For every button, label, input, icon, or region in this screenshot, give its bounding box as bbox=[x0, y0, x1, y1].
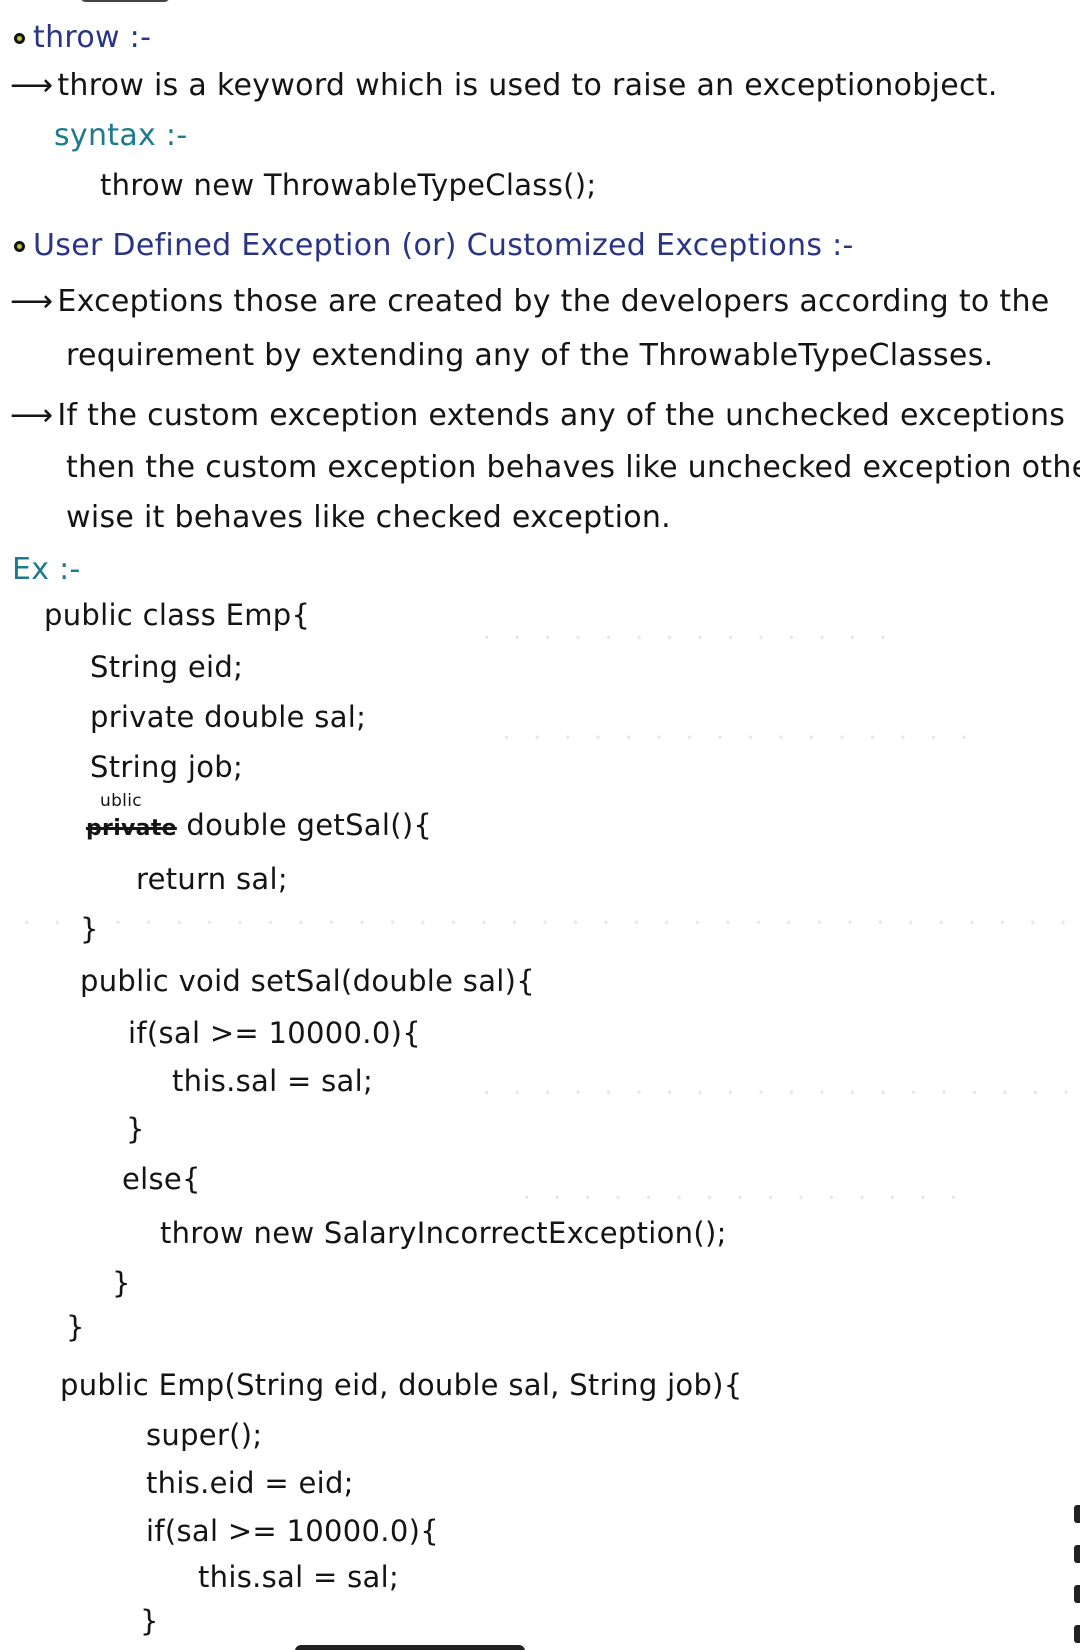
point1-line1: ⟶Exceptions those are created by the dev… bbox=[10, 284, 1050, 319]
binding-ring-mark bbox=[1074, 1625, 1080, 1643]
code-line-getsal: ublic private double getSal(){ bbox=[86, 808, 432, 842]
code-line: this.eid = eid; bbox=[146, 1466, 354, 1500]
point1-line2: requirement by extending any of the Thro… bbox=[66, 338, 993, 373]
code-line: } bbox=[80, 912, 99, 946]
code-line: } bbox=[66, 1310, 85, 1344]
arrow-icon: ⟶ bbox=[10, 68, 53, 103]
bullet-dot-icon bbox=[14, 33, 25, 44]
bleed-through-text: . . . . . . . . . . . . . . . bbox=[520, 1180, 962, 1205]
syntax-label: syntax :- bbox=[54, 118, 187, 153]
code-line: } bbox=[140, 1604, 159, 1638]
code-line: } bbox=[126, 1112, 145, 1146]
point2-line3: wise it behaves like checked exception. bbox=[66, 500, 671, 535]
code-line: String eid; bbox=[90, 650, 243, 684]
bleed-through-text: . . . . . . . . . . . . . . . . . . . . … bbox=[480, 1075, 1080, 1100]
code-line: public class Emp{ bbox=[44, 598, 310, 632]
bleed-through-text: . . . . . . . . . . . . . . bbox=[480, 620, 892, 645]
arrow-icon: ⟶ bbox=[10, 284, 53, 319]
throw-definition: ⟶throw is a keyword which is used to rai… bbox=[10, 68, 998, 103]
code-line: this.sal = sal; bbox=[198, 1560, 399, 1594]
code-line: public Emp(String eid, double sal, Strin… bbox=[60, 1368, 743, 1402]
bullet-dot-icon bbox=[14, 241, 25, 252]
page-edge-shadow bbox=[80, 0, 170, 2]
code-line: } bbox=[112, 1266, 131, 1300]
example-label: Ex :- bbox=[12, 552, 81, 587]
bleed-through-text: . . . . . . . . . . . . . . . . . . . . … bbox=[20, 905, 1072, 930]
binding-ring-mark bbox=[1074, 1585, 1080, 1603]
code-line: this.sal = sal; bbox=[172, 1064, 373, 1098]
code-line: return sal; bbox=[136, 862, 288, 896]
code-line: else{ bbox=[122, 1162, 201, 1196]
code-line: private double sal; bbox=[90, 700, 366, 734]
code-line: if(sal >= 10000.0){ bbox=[128, 1016, 421, 1050]
binding-ring-mark bbox=[1074, 1545, 1080, 1563]
struck-keyword: private bbox=[86, 816, 177, 841]
heading-throw: throw :- bbox=[14, 20, 151, 55]
heading-user-defined-exception: User Defined Exception (or) Customized E… bbox=[14, 228, 854, 263]
bleed-through-text: . . . . . . . . . . . . . . . . bbox=[500, 720, 973, 745]
page-edge-shadow bbox=[295, 1645, 525, 1650]
correction-annotation: ublic bbox=[100, 791, 142, 811]
binding-ring-mark bbox=[1074, 1505, 1080, 1523]
code-line: super(); bbox=[146, 1418, 262, 1452]
code-line: throw new SalaryIncorrectException(); bbox=[160, 1216, 727, 1250]
arrow-icon: ⟶ bbox=[10, 398, 53, 433]
syntax-code: throw new ThrowableTypeClass(); bbox=[100, 168, 596, 202]
point2-line1: ⟶If the custom exception extends any of … bbox=[10, 398, 1065, 433]
code-line: if(sal >= 10000.0){ bbox=[146, 1514, 439, 1548]
point2-line2: then the custom exception behaves like u… bbox=[66, 450, 1080, 485]
code-line: String job; bbox=[90, 750, 243, 784]
code-line: public void setSal(double sal){ bbox=[80, 964, 535, 998]
